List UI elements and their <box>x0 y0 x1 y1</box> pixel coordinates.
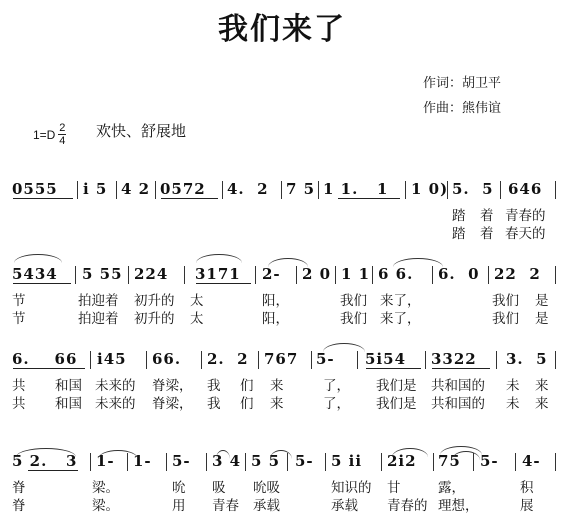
beam-underline <box>13 198 73 199</box>
key-signature: 1=D 2 4 <box>33 123 66 146</box>
measure: 3. 5 <box>506 350 548 368</box>
lyric-verse-2: 来 <box>270 392 284 412</box>
barline <box>555 453 556 471</box>
lyric-verse-2: 春天的 <box>505 222 546 242</box>
beam-underline <box>366 368 421 369</box>
lyric-verse-1: 梁。 <box>92 476 119 496</box>
lyric-verse-1: 我们 <box>492 289 519 309</box>
slur <box>14 254 62 263</box>
barline <box>405 181 406 199</box>
lyric-verse-2: 踏 <box>452 222 466 242</box>
slur <box>268 258 308 267</box>
measure: 5 55 <box>82 265 123 283</box>
barline <box>77 181 78 199</box>
barline <box>75 266 76 284</box>
lyric-verse-2: 理想， <box>438 494 479 514</box>
lyric-verse-1: 知识的 <box>331 476 372 496</box>
lyric-verse-2: 我们 <box>340 307 367 327</box>
lyric-verse-2: 未来的 <box>95 392 136 412</box>
barline <box>128 266 129 284</box>
lyric-verse-2: 是 <box>535 307 549 327</box>
lyric-verse-2: 和国 <box>55 392 82 412</box>
measure: 767 <box>264 350 298 368</box>
measure: 5- <box>172 452 191 470</box>
barline <box>146 351 147 369</box>
measure: i 5 <box>83 180 107 198</box>
measure: 4- <box>522 452 541 470</box>
lyric-verse-1: 节 <box>12 289 26 309</box>
barline <box>90 453 91 471</box>
barline <box>318 181 319 199</box>
lyric-verse-2: 青春的 <box>387 494 428 514</box>
measure: 7 5 <box>286 180 315 198</box>
slur <box>392 448 428 457</box>
barline <box>500 181 501 199</box>
measure: 5- <box>480 452 499 470</box>
lyric-verse-1: 青春的 <box>505 204 546 224</box>
lyric-verse-1: 初升的 <box>134 289 175 309</box>
measure: 22 2 <box>494 265 541 283</box>
barline <box>90 351 91 369</box>
lyric-verse-1: 吮吸 <box>253 476 280 496</box>
barline <box>372 266 373 284</box>
slur <box>16 448 76 457</box>
barline <box>206 453 207 471</box>
measure: 3171 <box>195 265 241 283</box>
beam-underline <box>28 470 78 471</box>
measure: 2 0 <box>302 265 331 283</box>
lyric-verse-1: 和国 <box>55 374 82 394</box>
measure: 4. 2 <box>227 180 269 198</box>
barline <box>357 351 358 369</box>
lyric-verse-1: 未来的 <box>95 374 136 394</box>
measure: 5434 <box>12 265 58 283</box>
lyric-verse-1: 吸 <box>212 476 226 496</box>
lyric-verse-1: 甘 <box>387 476 401 496</box>
time-signature: 2 4 <box>58 123 66 146</box>
lyric-verse-2: 着 <box>480 222 494 242</box>
lyric-verse-2: 共 <box>12 392 26 412</box>
measure: 3322 <box>431 350 477 368</box>
lyric-verse-1: 吮 <box>172 476 186 496</box>
beam-underline <box>13 283 71 284</box>
beam-underline <box>161 198 218 199</box>
lyric-verse-1: 脊 <box>12 476 26 496</box>
barline <box>425 351 426 369</box>
composer-credit: 作曲：熊伟谊 <box>423 97 501 116</box>
barline <box>555 351 556 369</box>
measure: 0555 <box>12 180 58 198</box>
barline <box>325 453 326 471</box>
lyric-verse-2: 脊梁， <box>152 392 193 412</box>
barline <box>255 266 256 284</box>
barline <box>245 453 246 471</box>
lyric-verse-2: 了， <box>323 392 350 412</box>
barline <box>258 351 259 369</box>
lyric-verse-2: 我们 <box>492 307 519 327</box>
lyric-verse-2: 承载 <box>331 494 358 514</box>
lyric-verse-2: 脊 <box>12 494 26 514</box>
measure: 1 1 <box>341 265 370 283</box>
song-title: 我们来了 <box>0 4 564 48</box>
lyric-verse-2: 青春 <box>212 494 239 514</box>
measure: 5. 5 <box>452 180 494 198</box>
key-label: 1=D <box>33 128 55 142</box>
barline <box>184 266 185 284</box>
lyric-verse-1: 了， <box>323 374 350 394</box>
barline <box>433 453 434 471</box>
barline <box>166 453 167 471</box>
measure: 2- <box>262 265 281 283</box>
lyric-verse-2: 我们是 <box>376 392 417 412</box>
barline <box>447 181 448 199</box>
barline <box>555 266 556 284</box>
measure: 0572 <box>160 180 206 198</box>
slur <box>196 254 242 263</box>
barline <box>296 266 297 284</box>
barline <box>311 351 312 369</box>
lyric-verse-2: 拍迎着 <box>78 307 119 327</box>
lyric-verse-2: 太 <box>190 307 204 327</box>
barline <box>281 181 282 199</box>
lyric-verse-1: 共和国的 <box>431 374 485 394</box>
lyricist-credit: 作词：胡卫平 <box>423 72 501 91</box>
lyric-verse-1: 共 <box>12 374 26 394</box>
lyric-verse-2: 承载 <box>253 494 280 514</box>
measure: 2. 2 <box>207 350 249 368</box>
tempo-marking: 欢快、舒展地 <box>96 120 186 141</box>
lyric-verse-1: 我们 <box>340 289 367 309</box>
measure: 5- <box>316 350 335 368</box>
lyric-verse-1: 们 <box>240 374 254 394</box>
lyric-verse-1: 阳， <box>262 289 289 309</box>
slur <box>393 258 443 267</box>
measure: 5 ii <box>331 452 362 470</box>
slur <box>270 450 292 459</box>
lyric-verse-2: 来了， <box>380 307 421 327</box>
lyric-verse-1: 拍迎着 <box>78 289 119 309</box>
lyric-verse-2: 我 <box>207 392 221 412</box>
lyric-verse-1: 来 <box>535 374 549 394</box>
lyric-verse-2: 阳， <box>262 307 289 327</box>
beam-underline <box>196 283 251 284</box>
measure: 6. 66 <box>12 350 77 368</box>
measure: 6. 0 <box>438 265 480 283</box>
beam-underline <box>13 368 85 369</box>
measure: 646 <box>508 180 542 198</box>
lyric-verse-2: 用 <box>172 494 186 514</box>
barline <box>335 266 336 284</box>
barline <box>222 181 223 199</box>
lyric-verse-1: 我 <box>207 374 221 394</box>
lyric-verse-2: 展 <box>520 494 534 514</box>
measure: 4 2 <box>121 180 150 198</box>
barline <box>381 453 382 471</box>
barline <box>116 181 117 199</box>
measure: 5- <box>295 452 314 470</box>
lyric-verse-1: 未 <box>506 374 520 394</box>
barline <box>496 351 497 369</box>
lyric-verse-2: 未 <box>506 392 520 412</box>
lyric-verse-1: 太 <box>190 289 204 309</box>
lyric-verse-1: 露， <box>438 476 465 496</box>
barline <box>155 181 156 199</box>
barline <box>432 266 433 284</box>
measure: 1 1. 1 <box>323 180 388 198</box>
lyric-verse-2: 梁。 <box>92 494 119 514</box>
lyric-verse-1: 着 <box>480 204 494 224</box>
slur <box>98 450 138 459</box>
lyric-verse-1: 来 <box>270 374 284 394</box>
beam-underline <box>432 368 490 369</box>
lyric-verse-1: 踏 <box>452 204 466 224</box>
lyric-verse-1: 是 <box>535 289 549 309</box>
measure: i45 <box>97 350 127 368</box>
slur <box>323 343 365 352</box>
barline <box>488 266 489 284</box>
barline <box>201 351 202 369</box>
measure: 224 <box>134 265 168 283</box>
measure: 6 6. <box>378 265 413 283</box>
measure: 1 0) <box>411 180 448 198</box>
measure: 66. <box>152 350 181 368</box>
lyric-verse-1: 我们是 <box>376 374 417 394</box>
barline <box>515 453 516 471</box>
beam-underline <box>338 198 400 199</box>
lyric-verse-2: 共和国的 <box>431 392 485 412</box>
lyric-verse-1: 脊梁， <box>152 374 193 394</box>
measure: 5i54 <box>365 350 406 368</box>
lyric-verse-1: 积 <box>520 476 534 496</box>
lyric-verse-2: 节 <box>12 307 26 327</box>
lyric-verse-1: 来了， <box>380 289 421 309</box>
lyric-verse-2: 初升的 <box>134 307 175 327</box>
lyric-verse-2: 们 <box>240 392 254 412</box>
lyric-verse-2: 来 <box>535 392 549 412</box>
barline <box>555 181 556 199</box>
